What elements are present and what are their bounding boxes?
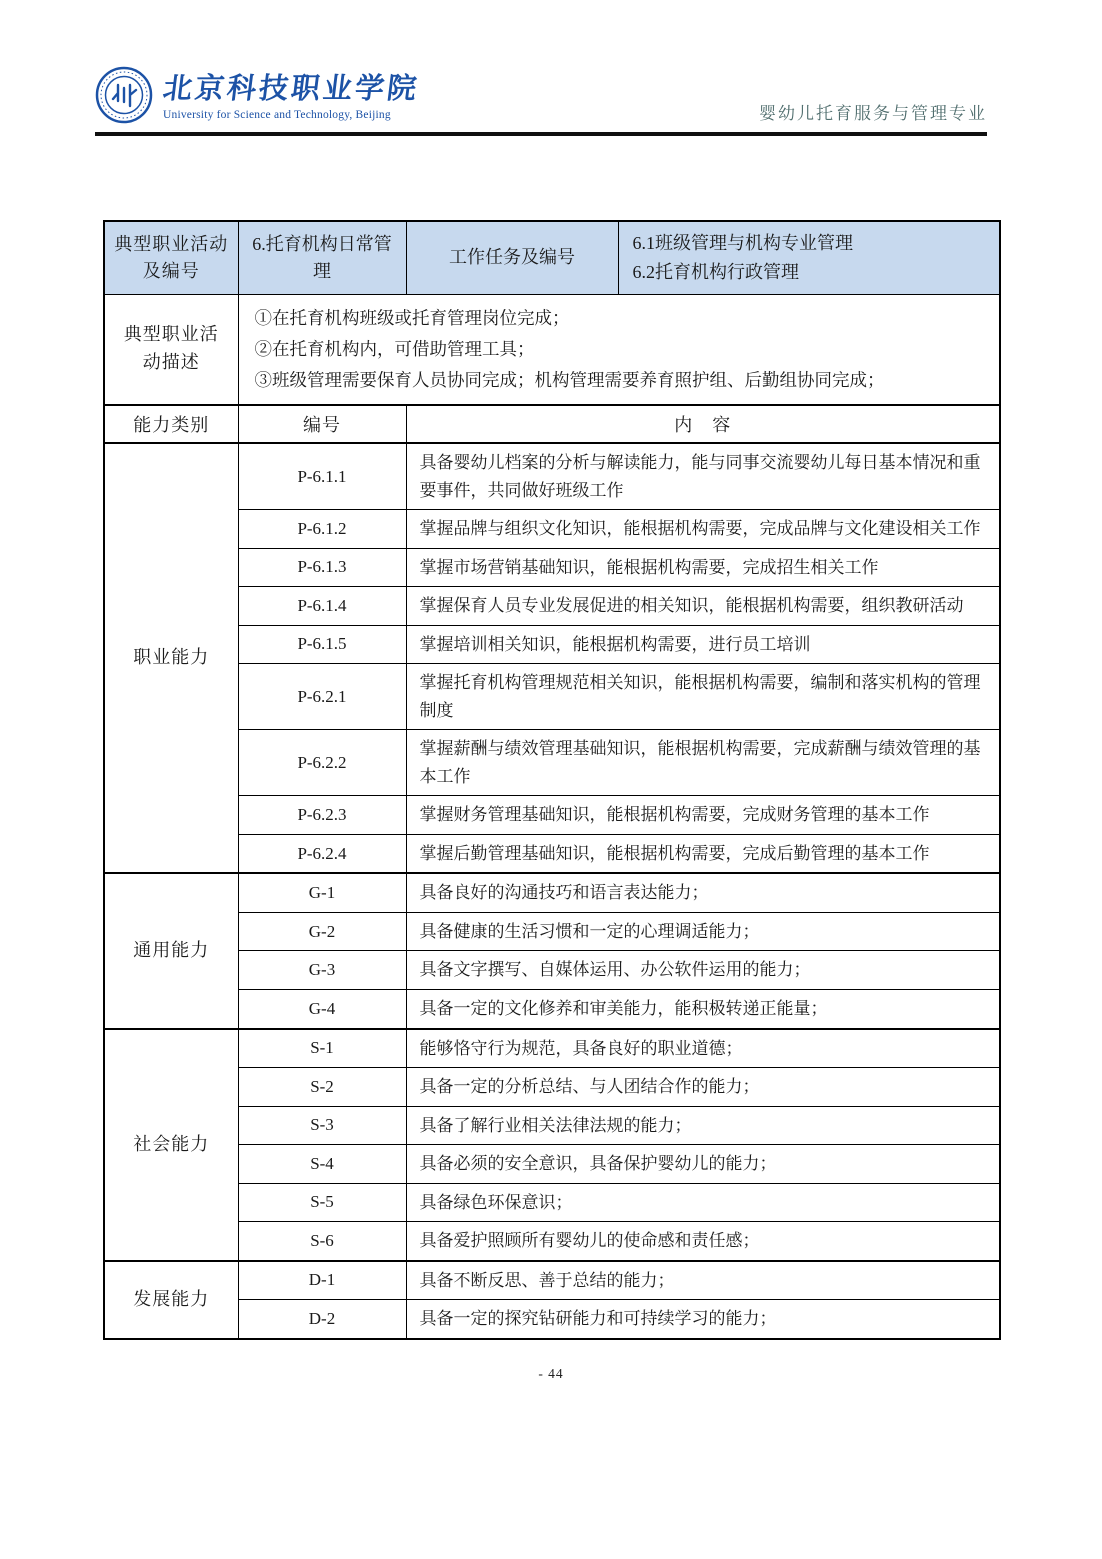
content-cell: 具备绿色环保意识； — [406, 1183, 1000, 1222]
table-row: P-6.1.2 掌握品牌与组织文化知识，能根据机构需要，完成品牌与文化建设相关工… — [104, 510, 1000, 549]
table-row: P-6.1.3 掌握市场营销基础知识，能根据机构需要，完成招生相关工作 — [104, 548, 1000, 587]
code-cell: S-3 — [238, 1106, 406, 1145]
content-cell: 掌握薪酬与绩效管理基础知识，能根据机构需要，完成薪酬与绩效管理的基本工作 — [406, 730, 1000, 796]
table-row: P-6.2.4 掌握后勤管理基础知识，能根据机构需要，完成后勤管理的基本工作 — [104, 834, 1000, 873]
code-cell: G-3 — [238, 951, 406, 990]
content-cell: 具备文字撰写、自媒体运用、办公软件运用的能力； — [406, 951, 1000, 990]
description-content-cell: ①在托育机构班级或托育管理岗位完成； ②在托育机构内，可借助管理工具； ③班级管… — [238, 294, 1000, 405]
university-logo: 北京科技职业学院 University for Science and Tech… — [95, 66, 419, 129]
activity-label-cell: 典型职业活动及编号 — [104, 221, 238, 294]
description-line: ①在托育机构班级或托育管理岗位完成； — [255, 303, 984, 334]
content-cell: 具备一定的文化修养和审美能力，能积极转递正能量； — [406, 989, 1000, 1028]
table-row: P-6.2.3 掌握财务管理基础知识，能根据机构需要，完成财务管理的基本工作 — [104, 796, 1000, 835]
content-cell: 掌握后勤管理基础知识，能根据机构需要，完成后勤管理的基本工作 — [406, 834, 1000, 873]
content-cell: 具备婴幼儿档案的分析与解读能力，能与同事交流婴幼儿每日基本情况和重要事件，共同做… — [406, 443, 1000, 510]
code-cell: S-6 — [238, 1222, 406, 1261]
content-cell: 具备不断反思、善于总结的能力； — [406, 1261, 1000, 1300]
content-cell: 掌握托育机构管理规范相关知识，能根据机构需要，编制和落实机构的管理制度 — [406, 664, 1000, 730]
table-row: S-2 具备一定的分析总结、与人团结合作的能力； — [104, 1068, 1000, 1107]
description-label-cell: 典型职业活动描述 — [104, 294, 238, 405]
table-row: 社会能力 S-1 能够恪守行为规范，具备良好的职业道德； — [104, 1029, 1000, 1068]
content-cell: 掌握保育人员专业发展促进的相关知识，能根据机构需要，组织教研活动 — [406, 587, 1000, 626]
university-en-name: University for Science and Technology, B… — [163, 109, 419, 121]
columns-header-row: 能力类别 编号 内 容 — [104, 405, 1000, 443]
category-column-header: 能力类别 — [104, 405, 238, 443]
code-cell: P-6.2.1 — [238, 664, 406, 730]
page-header: 北京科技职业学院 University for Science and Tech… — [95, 66, 987, 136]
group-label-general: 通用能力 — [104, 873, 238, 1028]
content-cell: 掌握财务管理基础知识，能根据机构需要，完成财务管理的基本工作 — [406, 796, 1000, 835]
task-value-cell: 6.1班级管理与机构专业管理 6.2托育机构行政管理 — [618, 221, 1000, 294]
code-cell: D-2 — [238, 1300, 406, 1339]
content-cell: 掌握培训相关知识，能根据机构需要，进行员工培训 — [406, 625, 1000, 664]
content-cell: 掌握品牌与组织文化知识，能根据机构需要，完成品牌与文化建设相关工作 — [406, 510, 1000, 549]
content-cell: 具备必须的安全意识，具备保护婴幼儿的能力； — [406, 1145, 1000, 1184]
content-cell: 具备健康的生活习惯和一定的心理调适能力； — [406, 912, 1000, 951]
code-cell: P-6.2.2 — [238, 730, 406, 796]
content-cell: 具备良好的沟通技巧和语言表达能力； — [406, 873, 1000, 912]
table-row: P-6.1.5 掌握培训相关知识，能根据机构需要，进行员工培训 — [104, 625, 1000, 664]
table-row: 发展能力 D-1 具备不断反思、善于总结的能力； — [104, 1261, 1000, 1300]
table-header-row: 典型职业活动及编号 6.托育机构日常管理 工作任务及编号 6.1班级管理与机构专… — [104, 221, 1000, 294]
code-cell: P-6.1.4 — [238, 587, 406, 626]
table-row: P-6.1.4 掌握保育人员专业发展促进的相关知识，能根据机构需要，组织教研活动 — [104, 587, 1000, 626]
code-cell: P-6.1.5 — [238, 625, 406, 664]
description-line: ②在托育机构内，可借助管理工具； — [255, 334, 984, 365]
task-label-cell: 工作任务及编号 — [406, 221, 618, 294]
code-cell: P-6.1.2 — [238, 510, 406, 549]
group-label-professional: 职业能力 — [104, 443, 238, 873]
university-cn-name: 北京科技职业学院 — [161, 74, 421, 106]
task-line-2: 6.2托育机构行政管理 — [633, 258, 992, 287]
content-cell: 具备爱护照顾所有婴幼儿的使命感和责任感； — [406, 1222, 1000, 1261]
code-cell: D-1 — [238, 1261, 406, 1300]
task-line-1: 6.1班级管理与机构专业管理 — [633, 229, 992, 258]
content-cell: 能够恪守行为规范，具备良好的职业道德； — [406, 1029, 1000, 1068]
content-cell: 具备一定的探究钻研能力和可持续学习的能力； — [406, 1300, 1000, 1339]
table-row: P-6.2.1 掌握托育机构管理规范相关知识，能根据机构需要，编制和落实机构的管… — [104, 664, 1000, 730]
code-column-header: 编号 — [238, 405, 406, 443]
table-row: G-3 具备文字撰写、自媒体运用、办公软件运用的能力； — [104, 951, 1000, 990]
content-cell: 具备一定的分析总结、与人团结合作的能力； — [406, 1068, 1000, 1107]
table-row: 职业能力 P-6.1.1 具备婴幼儿档案的分析与解读能力，能与同事交流婴幼儿每日… — [104, 443, 1000, 510]
content-cell: 具备了解行业相关法律法规的能力； — [406, 1106, 1000, 1145]
table-row: P-6.2.2 掌握薪酬与绩效管理基础知识，能根据机构需要，完成薪酬与绩效管理的… — [104, 730, 1000, 796]
group-label-development: 发展能力 — [104, 1261, 238, 1339]
code-cell: P-6.1.1 — [238, 443, 406, 510]
document-page: { "header": { "logo": { "emblem": "unive… — [0, 0, 1102, 1559]
table-row: D-2 具备一定的探究钻研能力和可持续学习的能力； — [104, 1300, 1000, 1339]
table-row: G-2 具备健康的生活习惯和一定的心理调适能力； — [104, 912, 1000, 951]
page-number: - 44 — [0, 1366, 1102, 1382]
code-cell: G-2 — [238, 912, 406, 951]
code-cell: P-6.1.3 — [238, 548, 406, 587]
table-row: S-4 具备必须的安全意识，具备保护婴幼儿的能力； — [104, 1145, 1000, 1184]
table-row: S-5 具备绿色环保意识； — [104, 1183, 1000, 1222]
table-row: S-6 具备爱护照顾所有婴幼儿的使命感和责任感； — [104, 1222, 1000, 1261]
code-cell: S-4 — [238, 1145, 406, 1184]
code-cell: S-5 — [238, 1183, 406, 1222]
competency-table: 典型职业活动及编号 6.托育机构日常管理 工作任务及编号 6.1班级管理与机构专… — [103, 220, 1001, 1340]
code-cell: G-4 — [238, 989, 406, 1028]
table-row: 通用能力 G-1 具备良好的沟通技巧和语言表达能力； — [104, 873, 1000, 912]
description-line: ③班级管理需要保育人员协同完成；机构管理需要养育照护组、后勤组协同完成； — [255, 365, 984, 396]
activity-value-cell: 6.托育机构日常管理 — [238, 221, 406, 294]
program-title: 婴幼儿托育服务与管理专业 — [759, 99, 987, 129]
university-seal-icon — [95, 66, 153, 129]
code-cell: G-1 — [238, 873, 406, 912]
table-row: S-3 具备了解行业相关法律法规的能力； — [104, 1106, 1000, 1145]
table-row: G-4 具备一定的文化修养和审美能力，能积极转递正能量； — [104, 989, 1000, 1028]
code-cell: P-6.2.3 — [238, 796, 406, 835]
content-column-header: 内 容 — [406, 405, 1000, 443]
group-label-social: 社会能力 — [104, 1029, 238, 1261]
code-cell: P-6.2.4 — [238, 834, 406, 873]
logo-names: 北京科技职业学院 University for Science and Tech… — [163, 74, 419, 121]
description-row: 典型职业活动描述 ①在托育机构班级或托育管理岗位完成； ②在托育机构内，可借助管… — [104, 294, 1000, 405]
content-cell: 掌握市场营销基础知识，能根据机构需要，完成招生相关工作 — [406, 548, 1000, 587]
code-cell: S-2 — [238, 1068, 406, 1107]
code-cell: S-1 — [238, 1029, 406, 1068]
